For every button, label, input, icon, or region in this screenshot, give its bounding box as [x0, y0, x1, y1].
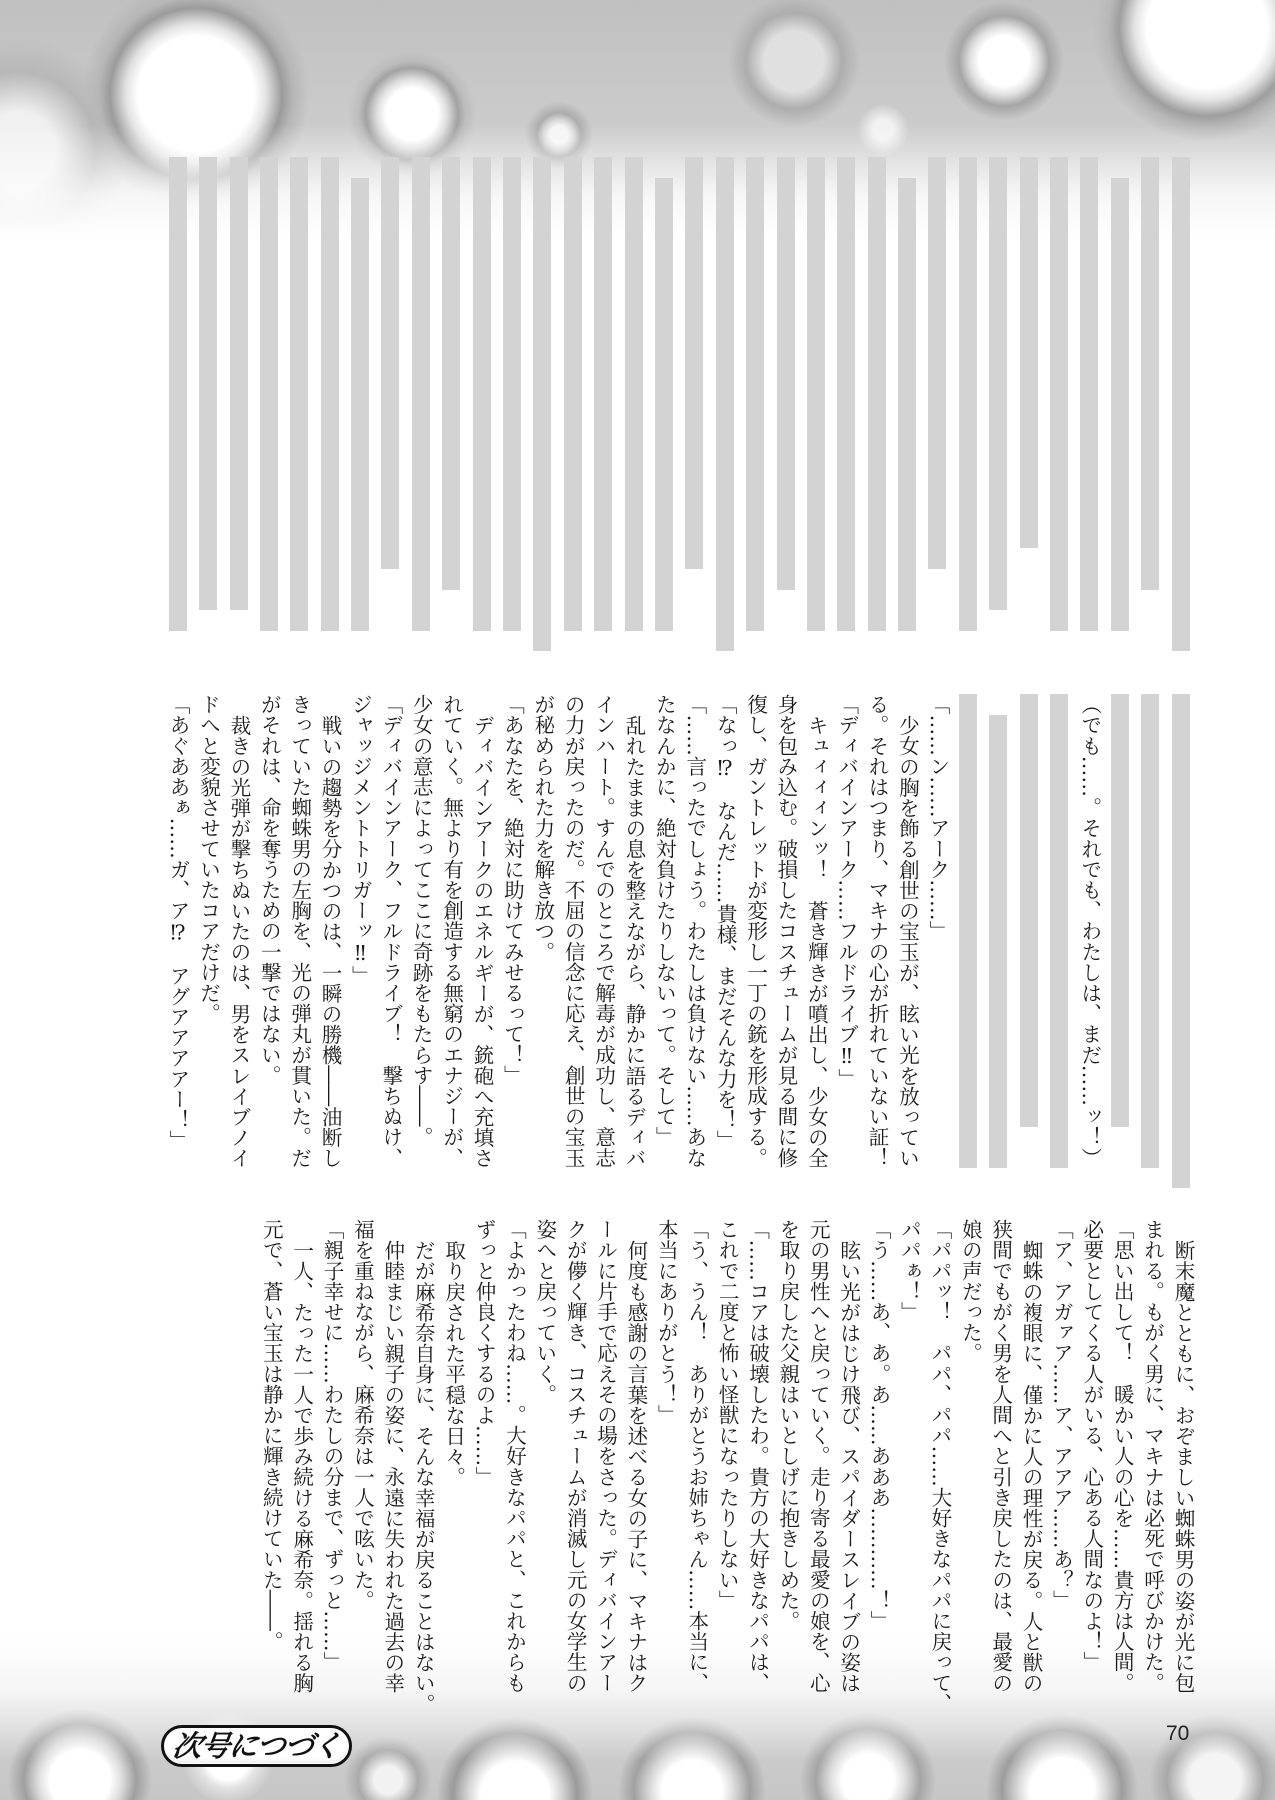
text-column: 何度も感謝の言葉を述べる女の子に、マキナはク [621, 1219, 651, 1739]
text-column: ずっと仲良くするのよ……」 [469, 1219, 499, 1739]
redacted-column [1014, 157, 1044, 548]
text-column: 「なっ⁉ なんだ……貴様、まだそんな力を！」 [710, 694, 740, 1214]
text-column: がそれは、命を奪うための一撃ではない。 [254, 694, 284, 1214]
redacted-column [527, 157, 557, 651]
redacted-column [375, 157, 405, 569]
text-column: 「……言ったでしょう。わたしは負けない……あな [679, 694, 709, 1214]
text-column: 「……コアは破壊したわ。貴方の大好きなパパは、 [742, 1219, 772, 1739]
text-column: の力が戻ったのだ。不屈の信念に応え、創世の宝玉 [558, 694, 588, 1214]
text-column: 本当にありがとう！」 [651, 1219, 681, 1739]
text-column: 裁きの光弾が撃ちぬいたのは、男をスレイブノイ [224, 694, 254, 1214]
redacted-column [588, 157, 618, 631]
redacted-column [619, 157, 649, 631]
text-column: 乱れたままの息を整えながら、静かに語るディバ [619, 694, 649, 1214]
redacted-column [163, 157, 193, 631]
redacted-column [1166, 157, 1196, 651]
redacted-column [1044, 157, 1074, 631]
redacted-column [801, 157, 831, 631]
text-column: 「う……あ、あ。あ……あああ…………！」 [864, 1219, 894, 1739]
text-column: 「ディバインアーク、フルドライブ！ 撃ちぬけ、 [375, 694, 405, 1214]
text-column: きっていた蜘蛛男の左胸を、光の弾丸が貫いた。だ [284, 694, 314, 1214]
text-column: 少女の意志によってここに奇跡をもたらす――。 [406, 694, 436, 1214]
text-column: これで二度と怖い怪獣になったりしない」 [712, 1219, 742, 1739]
text-block-top [163, 157, 1196, 677]
redacted-column [649, 178, 679, 631]
text-column: 蜘蛛の複眼に、僅かに人の理性が戻る。人と獣の [1016, 1219, 1046, 1739]
text-column: 「思い出して！ 暖かい人の心を……貴方は人間。 [1107, 1219, 1137, 1739]
redacted-column [983, 715, 1013, 1168]
text-column: インハート。すんでのところで解毒が成功し、意志 [588, 694, 618, 1214]
redacted-column [679, 157, 709, 569]
redacted-column [284, 157, 314, 631]
redacted-column [862, 157, 892, 631]
text-column: 眩い光がはじけ飛び、スパイダースレイブの姿は [833, 1219, 863, 1739]
text-column: 娘の声だった。 [955, 1219, 985, 1739]
redacted-column [315, 157, 345, 631]
redacted-column [436, 157, 466, 590]
text-column: ディバインアークのエネルギーが、銃砲へ充填さ [467, 694, 497, 1214]
text-column: 必要としてくる人がいる、心ある人間なのよ！」 [1076, 1219, 1106, 1739]
text-column: ドへと変貌させていたコアだけだ。 [193, 694, 223, 1214]
text-column: 戦いの趨勢を分かつのは、一瞬の勝機――油断し [315, 694, 345, 1214]
redacted-column [771, 157, 801, 590]
redacted-column [406, 157, 436, 631]
redacted-column [953, 157, 983, 631]
text-column: を取り戻した父親はいとしげに抱きしめた。 [773, 1219, 803, 1739]
text-column: 「あなたを、絶対に助けてみせるって！」 [497, 694, 527, 1214]
text-column: る。それはつまり、マキナの心が折れていない証！ [862, 694, 892, 1214]
redacted-column [953, 694, 983, 1168]
continued-label-text: 次号につづく [171, 1732, 342, 1761]
text-column: だが麻希奈自身に、そんな幸福が戻ることはない。 [408, 1219, 438, 1739]
text-column: れていく。無より有を創造する無窮のエナジーが、 [436, 694, 466, 1214]
redacted-column [710, 157, 740, 651]
redacted-column [558, 157, 588, 631]
text-column: 「ア、アガァア……ア、アアア……あ？」 [1046, 1219, 1076, 1739]
text-column: 福を重ねながら、麻希奈は一人で呟いた。 [347, 1219, 377, 1739]
text-column: が秘められた力を解き放つ。 [527, 694, 557, 1214]
redacted-column [1105, 694, 1135, 1127]
text-column: 「親子幸せに……わたしの分まで、ずっと……」 [317, 1219, 347, 1739]
continued-next-issue-label: 次号につづく [161, 1725, 352, 1767]
text-column: ジャッジメントトリガーッ‼」 [345, 694, 375, 1214]
text-column: 「よかったわね……。大好きなパパと、これからも [499, 1219, 529, 1739]
page-number: 70 [1166, 1722, 1189, 1746]
text-block-bottom: 断末魔とともに、おぞましい蜘蛛男の姿が光に包まれる。もがく男に、マキナは必死で呼… [256, 1219, 1198, 1739]
text-column: （でも……。それでも、わたしは、まだ……ッ！） [1074, 694, 1104, 1214]
redacted-column [497, 157, 527, 631]
novel-page: （でも……。それでも、わたしは、まだ……ッ！）「……ン……アーク……」少女の胸を… [0, 0, 1275, 1800]
redacted-column [1044, 694, 1074, 1168]
text-column: 復し、ガントレットが変形し一丁の銃を形成する。 [740, 694, 770, 1214]
text-column: たなんかに、絶対負けたりしないって。そして」 [649, 694, 679, 1214]
text-column: 元で、蒼い宝玉は静かに輝き続けていた――。 [256, 1219, 286, 1739]
text-column: 少女の胸を飾る創世の宝玉が、眩い光を放ってい [892, 694, 922, 1214]
redacted-column [1135, 157, 1165, 590]
text-column: 狭間でもがく男を人間へと引き戻したのは、最愛の [985, 1219, 1015, 1739]
text-column: 姿へと戻っていく。 [529, 1219, 559, 1739]
text-column: 身を包み込む。破損したコスチュームが見る間に修 [771, 694, 801, 1214]
text-column: ールに片手で応えその場をさった。ディバインアー [590, 1219, 620, 1739]
redacted-column [922, 157, 952, 569]
text-column: 取り戻された平穏な日々。 [438, 1219, 468, 1739]
text-column: 「う、うん！ ありがとうお姉ちゃん……本当に、 [681, 1219, 711, 1739]
text-column: 仲睦まじい親子の姿に、永遠に失われた過去の幸 [377, 1219, 407, 1739]
text-column: パパぁ！」 [894, 1219, 924, 1739]
redacted-column [831, 157, 861, 631]
redacted-column [467, 157, 497, 631]
text-block-middle: （でも……。それでも、わたしは、まだ……ッ！）「……ン……アーク……」少女の胸を… [163, 694, 1196, 1214]
text-column: クが儚く輝き、コスチュームが消滅し元の女学生の [560, 1219, 590, 1739]
redacted-column [983, 157, 1013, 610]
redacted-column [1135, 694, 1165, 1168]
text-column: 元の男性へと戻っていく。走り寄る最愛の娘を、心 [803, 1219, 833, 1739]
redacted-column [1074, 157, 1104, 631]
text-column: 一人、たった一人で歩み続ける麻希奈。揺れる胸 [286, 1219, 316, 1739]
text-column: 「ディバインアーク……フルドライブ‼」 [831, 694, 861, 1214]
text-column: 断末魔とともに、おぞましい蜘蛛男の姿が光に包 [1168, 1219, 1198, 1739]
redacted-column [1014, 694, 1044, 1127]
redacted-column [345, 178, 375, 631]
redacted-column [193, 157, 223, 610]
redacted-column [740, 157, 770, 631]
redacted-column [1166, 694, 1196, 1188]
redacted-column [224, 157, 254, 610]
redacted-column [254, 157, 284, 631]
text-column: まれる。もがく男に、マキナは必死で呼びかけた。 [1137, 1219, 1167, 1739]
redacted-column [1105, 178, 1135, 631]
text-column: 「パパッ！ パパ、パパ……大好きなパパに戻って、 [924, 1219, 954, 1739]
text-column: 「……ン……アーク……」 [922, 694, 952, 1214]
text-column: キュィィィンッ！ 蒼き輝きが噴出し、少女の全 [801, 694, 831, 1214]
redacted-column [892, 178, 922, 631]
text-column: 「あぐああぁ……ガ、ア⁉ アグアアアアー！」 [163, 694, 193, 1214]
